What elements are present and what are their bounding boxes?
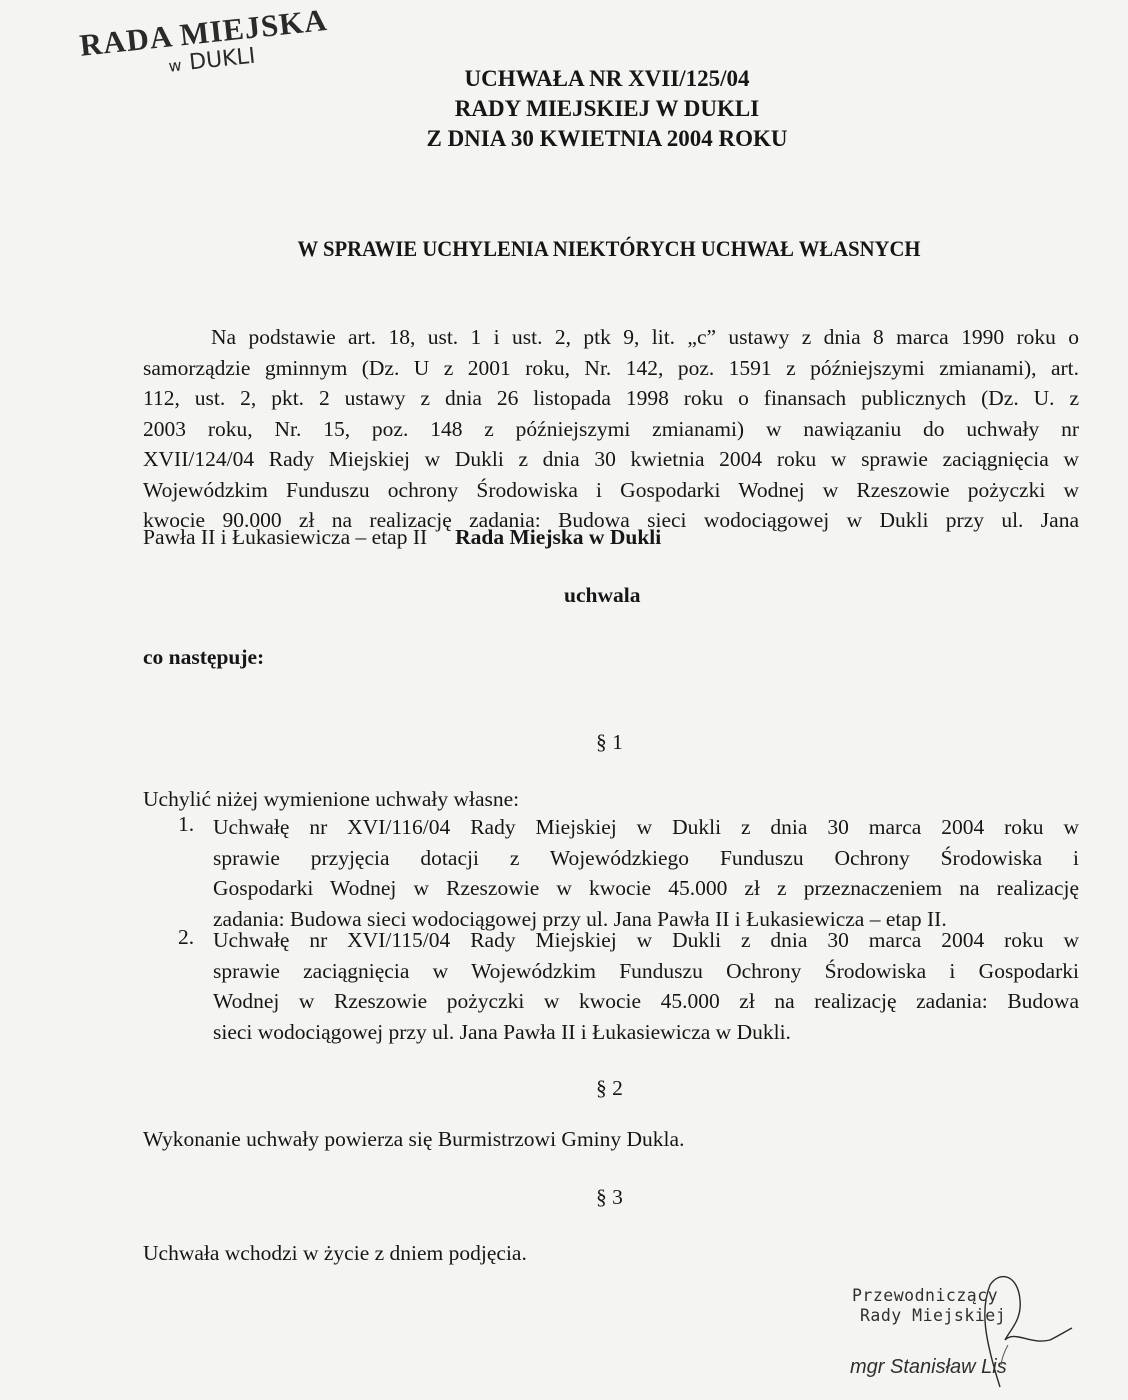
list-item-2: Uchwałę nr XVI/115/04 Rady Miejskiej w D…: [213, 925, 1079, 1047]
preamble-line: samorządzie gminnym (Dz. U z 2001 roku, …: [143, 353, 1079, 384]
section-2-mark: § 2: [596, 1076, 623, 1101]
resolution-number: UCHWAŁA NR XVII/125/04: [0, 64, 1128, 94]
resolution-subject: W SPRAWIE UCHYLENIA NIEKTÓRYCH UCHWAŁ WŁ…: [37, 236, 1128, 262]
list-item-1: Uchwałę nr XVI/116/04 Rady Miejskiej w D…: [213, 812, 1079, 934]
preamble-line: XVII/124/04 Rady Miejskiej w Dukli z dni…: [143, 444, 1079, 475]
list-item-line: Uchwałę nr XVI/116/04 Rady Miejskiej w D…: [213, 812, 1079, 843]
handwritten-signature: [0, 0, 1128, 1400]
list-item-line: sprawie zaciągnięcia w Wojewódzkim Fundu…: [213, 956, 1079, 987]
preamble-last-line: Pawła II i Łukasiewicza – etap IIRada Mi…: [143, 525, 661, 550]
preamble-line: Wojewódzkim Funduszu ochrony Środowiska …: [143, 475, 1079, 506]
section-3-mark: § 3: [596, 1185, 623, 1210]
section-3-text: Uchwała wchodzi w życie z dniem podjęcia…: [143, 1241, 527, 1266]
resolution-date: Z DNIA 30 KWIETNIA 2004 ROKU: [0, 124, 1128, 154]
list-item-line: Gospodarki Wodnej w Rzeszowie w kwocie 4…: [213, 873, 1079, 904]
preamble-last-text: Pawła II i Łukasiewicza – etap II: [143, 525, 427, 549]
section-1-mark: § 1: [596, 730, 623, 755]
signature-title-1: Przewodniczący: [852, 1286, 998, 1305]
preamble-line: 2003 roku, Nr. 15, poz. 148 z późniejszy…: [143, 414, 1079, 445]
preamble-line: Na podstawie art. 18, ust. 1 i ust. 2, p…: [211, 322, 1079, 353]
preamble-line: 112, ust. 2, pkt. 2 ustawy z dnia 26 lis…: [143, 383, 1079, 414]
council-bold: Rada Miejska w Dukli: [455, 525, 661, 549]
preamble: Na podstawie art. 18, ust. 1 i ust. 2, p…: [143, 322, 1079, 536]
list-item-line: sprawie przyjęcia dotacji z Wojewódzkieg…: [213, 843, 1079, 874]
list-item-line: Uchwałę nr XVI/115/04 Rady Miejskiej w D…: [213, 925, 1079, 956]
section-2-text: Wykonanie uchwały powierza się Burmistrz…: [143, 1127, 684, 1152]
as-follows: co następuje:: [143, 645, 264, 670]
section-1-intro: Uchylić niżej wymienione uchwały własne:: [143, 787, 519, 812]
list-item-line: Wodnej w Rzeszowie pożyczki w kwocie 45.…: [213, 986, 1079, 1017]
list-item-line: sieci wodociągowej przy ul. Jana Pawła I…: [213, 1017, 1079, 1048]
signature-name: mgr Stanisław Lis: [850, 1356, 1007, 1379]
list-item-2-number: 2.: [178, 925, 194, 950]
resolves-word: uchwala: [564, 583, 640, 608]
list-item-1-number: 1.: [178, 812, 194, 837]
council-name: RADY MIEJSKIEJ W DUKLI: [0, 94, 1128, 124]
signature-title-2: Rady Miejskiej: [860, 1306, 1006, 1325]
